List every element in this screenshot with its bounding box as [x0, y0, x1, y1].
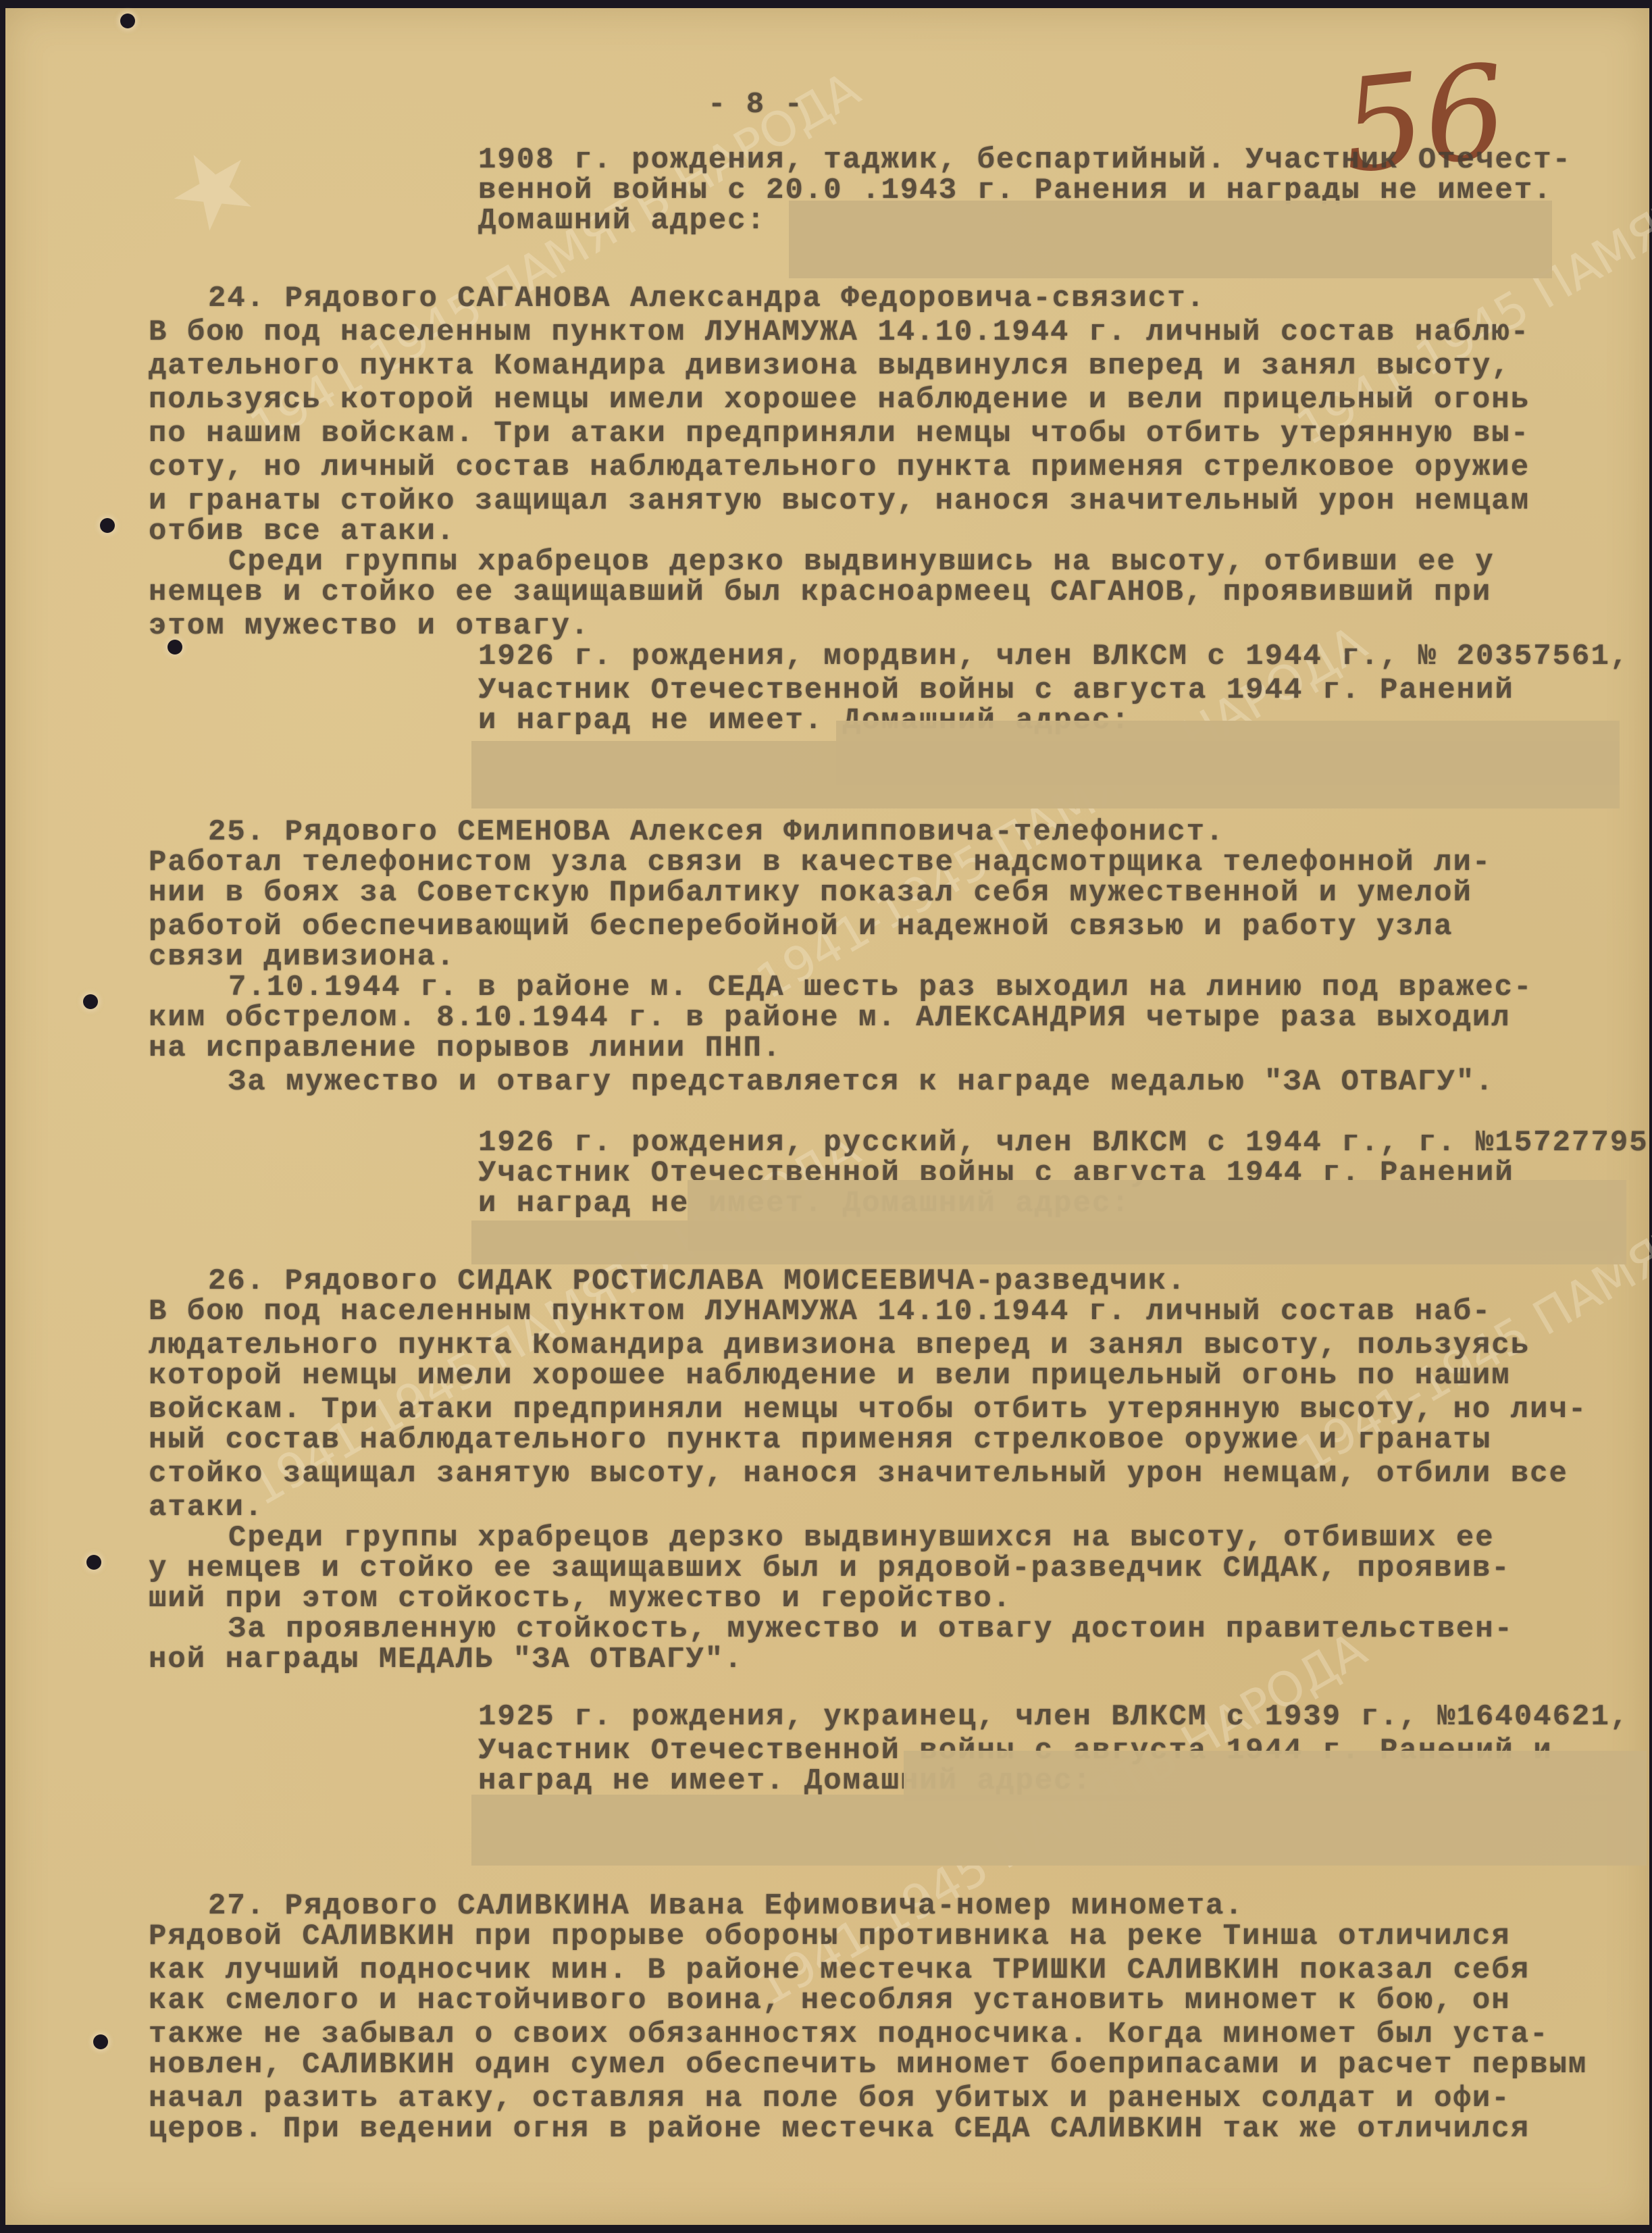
- document-line: как лучший подносчик мин. В районе месте…: [149, 1953, 1530, 1987]
- document-line: соту, но личный состав наблюдательного п…: [149, 451, 1530, 484]
- document-line: немцев и стойко ее защищавший был красно…: [149, 575, 1491, 609]
- page-number: - 8 -: [708, 88, 804, 122]
- award-entry-heading: 26. Рядового СИДАК РОСТИСЛАВА МОИСЕЕВИЧА…: [208, 1264, 1187, 1298]
- document-line: войскам. Три атаки предприняли немцы что…: [149, 1393, 1587, 1427]
- document-line: 7.10.1944 г. в районе м. СЕДА шесть раз …: [228, 971, 1533, 1004]
- document-line: В бою под населенным пунктом ЛУНАМУЖА 14…: [149, 315, 1530, 349]
- redaction-block: [471, 741, 1620, 808]
- punch-hole: [100, 518, 115, 533]
- document-line: людательного пункта Командира дивизиона …: [149, 1329, 1530, 1362]
- punch-hole: [83, 994, 98, 1009]
- document-line: ный состав наблюдательного пункта примен…: [149, 1423, 1491, 1457]
- document-line: отбив все атаки.: [149, 515, 455, 548]
- watermark-star-icon: ★: [145, 115, 282, 262]
- document-line: этом мужество и отвагу.: [149, 609, 590, 643]
- redaction-block: [789, 201, 1552, 278]
- document-line: 1926 г. рождения, русский, член ВЛКСМ с …: [478, 1126, 1649, 1160]
- document-line: 1926 г. рождения, мордвин, член ВЛКСМ с …: [478, 640, 1629, 673]
- document-line: дательного пункта Командира дивизиона вы…: [149, 349, 1511, 383]
- document-line: ной награды МЕДАЛЬ "ЗА ОТВАГУ".: [149, 1643, 744, 1676]
- document-line: и гранаты стойко защищал занятую высоту,…: [149, 484, 1530, 518]
- document-line: церов. При ведении огня в районе местечк…: [149, 2112, 1530, 2146]
- document-line: как смелого и настойчивого воина, несобл…: [149, 1984, 1511, 2018]
- document-line: начал разить атаку, оставляя на поле боя…: [149, 2082, 1511, 2115]
- document-line: 1908 г. рождения, таджик, беспартийный. …: [478, 143, 1572, 177]
- document-line: работой обеспечивающий бесперебойной и н…: [149, 910, 1453, 944]
- document-line: пользуясь которой немцы имели хорошее на…: [149, 383, 1530, 417]
- document-line: Среди группы храбрецов дерзко выдвинувши…: [228, 545, 1495, 579]
- document-line: у немцев и стойко ее защищавших был и ря…: [149, 1551, 1511, 1585]
- document-line: также не забывал о своих обязанностях по…: [149, 2018, 1549, 2051]
- award-entry-heading: 27. Рядового САЛИВКИНА Ивана Ефимовича-н…: [208, 1889, 1244, 1923]
- document-line: связи дивизиона.: [149, 940, 455, 974]
- redaction-block: [471, 1795, 1647, 1866]
- redaction-block: [904, 1751, 1647, 1801]
- document-line: на исправление порывов линии ПНП.: [149, 1031, 781, 1065]
- document-line: ким обстрелом. 8.10.1944 г. в районе м. …: [149, 1001, 1511, 1035]
- redaction-block: [471, 1221, 1626, 1264]
- award-entry-heading: 24. Рядового САГАНОВА Александра Федоров…: [208, 282, 1206, 315]
- document-page: ★ 1941-1945 ПАМЯТЬ НАРОДА 1941-1945 ПАМЯ…: [5, 8, 1649, 2225]
- punch-hole: [120, 14, 135, 28]
- document-line: ший при этом стойкость, мужество и герой…: [149, 1582, 1012, 1616]
- document-line: Участник Отечественной войны с августа 1…: [478, 673, 1514, 707]
- document-line: В бою под населенным пунктом ЛУНАМУЖА 14…: [149, 1295, 1491, 1329]
- document-line: Рядовой САЛИВКИН при прорыве обороны про…: [149, 1920, 1511, 1953]
- document-line: атаки.: [149, 1491, 263, 1524]
- document-line: Работал телефонистом узла связи в качест…: [149, 846, 1491, 879]
- document-line: Среди группы храбрецов дерзко выдвинувши…: [228, 1521, 1495, 1555]
- document-line: За проявленную стойкость, мужество и отв…: [228, 1612, 1514, 1646]
- document-line: нии в боях за Советскую Прибалтику показ…: [149, 876, 1472, 910]
- award-entry-heading: 25. Рядового СЕМЕНОВА Алексея Филиппович…: [208, 815, 1224, 849]
- punch-hole: [93, 2034, 108, 2049]
- document-line: новлен, САЛИВКИН один сумел обеспечить м…: [149, 2048, 1587, 2082]
- punch-hole: [86, 1555, 101, 1570]
- document-line: стойко защищал занятую высоту, нанося зн…: [149, 1457, 1568, 1491]
- document-line: по нашим войскам. Три атаки предприняли …: [149, 417, 1530, 451]
- document-line: 1925 г. рождения, украинец, член ВЛКСМ с…: [478, 1700, 1629, 1734]
- document-line: которой немцы имели хорошее наблюдение и…: [149, 1359, 1511, 1393]
- document-line: За мужество и отвагу представляется к на…: [228, 1065, 1495, 1099]
- document-line: Домашний адрес:: [478, 204, 766, 238]
